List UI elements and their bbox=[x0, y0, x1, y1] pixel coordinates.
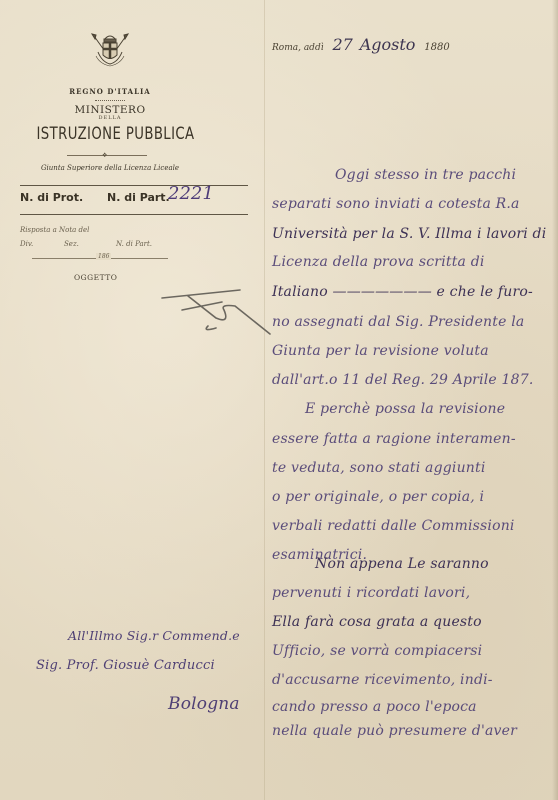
body-line: Non appena Le saranno bbox=[315, 556, 489, 572]
body-line: Ella farà cosa grata a questo bbox=[272, 614, 482, 630]
body-line: pervenuti i ricordati lavori, bbox=[272, 585, 470, 601]
body-line: no assegnati dal Sig. Presidente la bbox=[272, 314, 524, 330]
div-label: Div. bbox=[20, 240, 33, 248]
addressee-line2: Sig. Prof. Giosuè Carducci bbox=[36, 658, 215, 673]
year-label: 186 bbox=[96, 253, 111, 260]
department-name: Giunta Superiore della Licenza Liceale bbox=[0, 164, 220, 172]
pencil-mark-f5-icon bbox=[140, 284, 280, 354]
body-line: E perchè possa la revisione bbox=[305, 401, 505, 417]
oggetto-label: OGGETTO bbox=[74, 273, 117, 282]
sez-label: Sez. bbox=[64, 240, 79, 248]
body-line: Italiano ——————— e che le furo- bbox=[272, 284, 533, 300]
prot-label: N. di Prot. bbox=[20, 191, 83, 204]
dateline: Roma, addì 27 Agosto 1880 bbox=[272, 35, 450, 54]
ministry-name: ISTRUZIONE PUBBLICA bbox=[18, 124, 213, 144]
body-line: Oggi stesso in tre pacchi bbox=[335, 167, 516, 183]
risposta-label: Risposta a Nota del bbox=[20, 226, 89, 234]
paper-edge bbox=[552, 0, 558, 800]
date-month: Agosto bbox=[360, 35, 416, 54]
body-line: dall'art.o 11 del Reg. 29 Aprile 187. bbox=[272, 372, 534, 388]
paper-fold-line bbox=[264, 0, 265, 800]
body-line: o per originale, o per copia, i bbox=[272, 489, 484, 505]
body-line: te veduta, sono stati aggiunti bbox=[272, 460, 486, 476]
body-line: Licenza della prova scritta di bbox=[272, 254, 485, 270]
document-page: REGNO D'ITALIA MINISTERO DELLA ISTRUZION… bbox=[0, 0, 558, 800]
body-line: verbali redatti dalle Commissioni bbox=[272, 518, 515, 534]
body-line: nella quale può presumere d'aver bbox=[272, 723, 517, 739]
addressee-line1: All'Illmo Sig.r Commend.e bbox=[68, 628, 240, 643]
part-label: N. di Part. bbox=[107, 191, 170, 204]
body-line: Giunta per la revisione voluta bbox=[272, 343, 489, 359]
part-number-handwritten: 2221 bbox=[168, 183, 214, 204]
date-day: 27 bbox=[332, 35, 352, 54]
date-place: Roma, addì bbox=[272, 43, 324, 53]
npart-label: N. di Part. bbox=[116, 240, 152, 248]
body-line: d'accusarne ricevimento, indi- bbox=[272, 672, 493, 688]
dotted-separator bbox=[95, 100, 125, 101]
body-line: Ufficio, se vorrà compiacersi bbox=[272, 643, 482, 659]
body-line: Università per la S. V. Illma i lavori d… bbox=[272, 226, 546, 242]
body-line: separati sono inviati a cotesta R.a bbox=[272, 196, 520, 212]
savoy-coat-of-arms-icon bbox=[88, 28, 132, 72]
body-line: essere fatta a ragione interamen- bbox=[272, 431, 516, 447]
date-year: 1880 bbox=[424, 42, 449, 53]
kingdom-title: REGNO D'ITALIA bbox=[0, 87, 220, 96]
addressee-city: Bologna bbox=[168, 694, 240, 714]
rule-bottom bbox=[20, 214, 248, 215]
body-line: cando presso a poco l'epoca bbox=[272, 699, 477, 715]
ornament-icon: ❖ bbox=[102, 152, 107, 159]
ministry-della: DELLA bbox=[0, 115, 220, 121]
